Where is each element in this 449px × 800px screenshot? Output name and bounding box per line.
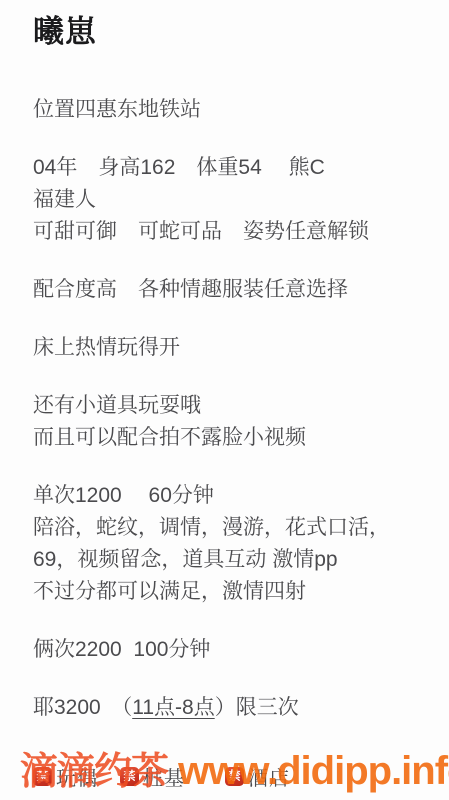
paragraph-price-double: 俩次2200 100分钟 [33, 634, 433, 666]
footer-tag-label: 玩偶 [56, 762, 98, 791]
footer-tags-row: 禁 玩偶 禁 桩基 禁 酒店 [33, 762, 312, 791]
paragraph-enthusiasm: 床上热情玩得开 [33, 332, 433, 364]
listing-note: 曦崽 位置四惠东地铁站 04年 身高162 体重54 熊C 福建人 可甜可御 可… [33, 10, 433, 750]
cooperation-line: 配合度高 各种情趣服装任意选择 [33, 274, 433, 306]
page-title: 曦崽 [33, 10, 433, 54]
profile-stats-line: 04年 身高162 体重54 熊C [33, 152, 433, 184]
profile-origin-line: 福建人 [33, 184, 433, 216]
price-double-line: 俩次2200 100分钟 [33, 634, 433, 666]
footer-tag-label: 桩基 [143, 762, 185, 791]
price-night-suffix: ）限三次 [215, 696, 299, 719]
red-badge-icon: 禁 [120, 767, 139, 786]
price-night-prefix: 耶3200 （ [33, 696, 132, 719]
location-line: 位置四惠东地铁站 [33, 94, 433, 126]
services-line-3: 不过分都可以满足，激情四射 [33, 576, 433, 608]
video-line: 而且可以配合拍不露脸小视频 [33, 422, 433, 454]
services-line-2: 69，视频留念，道具互动 激情pp [33, 544, 433, 576]
footer-tag: 禁 桩基 [120, 762, 185, 791]
paragraph-price-night: 耶3200 （11点-8点）限三次 [33, 692, 433, 724]
time-range-link[interactable]: 11点-8点 [132, 696, 214, 719]
paragraph-price-single: 单次1200 60分钟 陪浴，蛇纹，调情，漫游，花式口活， 69，视频留念，道具… [33, 480, 433, 608]
paragraph-extras: 还有小道具玩耍哦 而且可以配合拍不露脸小视频 [33, 390, 433, 454]
red-badge-icon: 禁 [33, 767, 52, 786]
price-night-line: 耶3200 （11点-8点）限三次 [33, 692, 433, 724]
paragraph-profile: 04年 身高162 体重54 熊C 福建人 可甜可御 可蛇可品 姿势任意解锁 [33, 152, 433, 248]
props-line: 还有小道具玩耍哦 [33, 390, 433, 422]
red-badge-icon: 禁 [225, 767, 244, 786]
enthusiasm-line: 床上热情玩得开 [33, 332, 433, 364]
footer-tag-label: 酒店 [248, 762, 290, 791]
profile-style-line: 可甜可御 可蛇可品 姿势任意解锁 [33, 216, 433, 248]
footer-tag: 禁 玩偶 [33, 762, 98, 791]
footer-tag: 禁 酒店 [225, 762, 290, 791]
paragraph-location: 位置四惠东地铁站 [33, 94, 433, 126]
paragraph-cooperation: 配合度高 各种情趣服装任意选择 [33, 274, 433, 306]
services-line-1: 陪浴，蛇纹，调情，漫游，花式口活， [33, 512, 433, 544]
price-single-line: 单次1200 60分钟 [33, 480, 433, 512]
